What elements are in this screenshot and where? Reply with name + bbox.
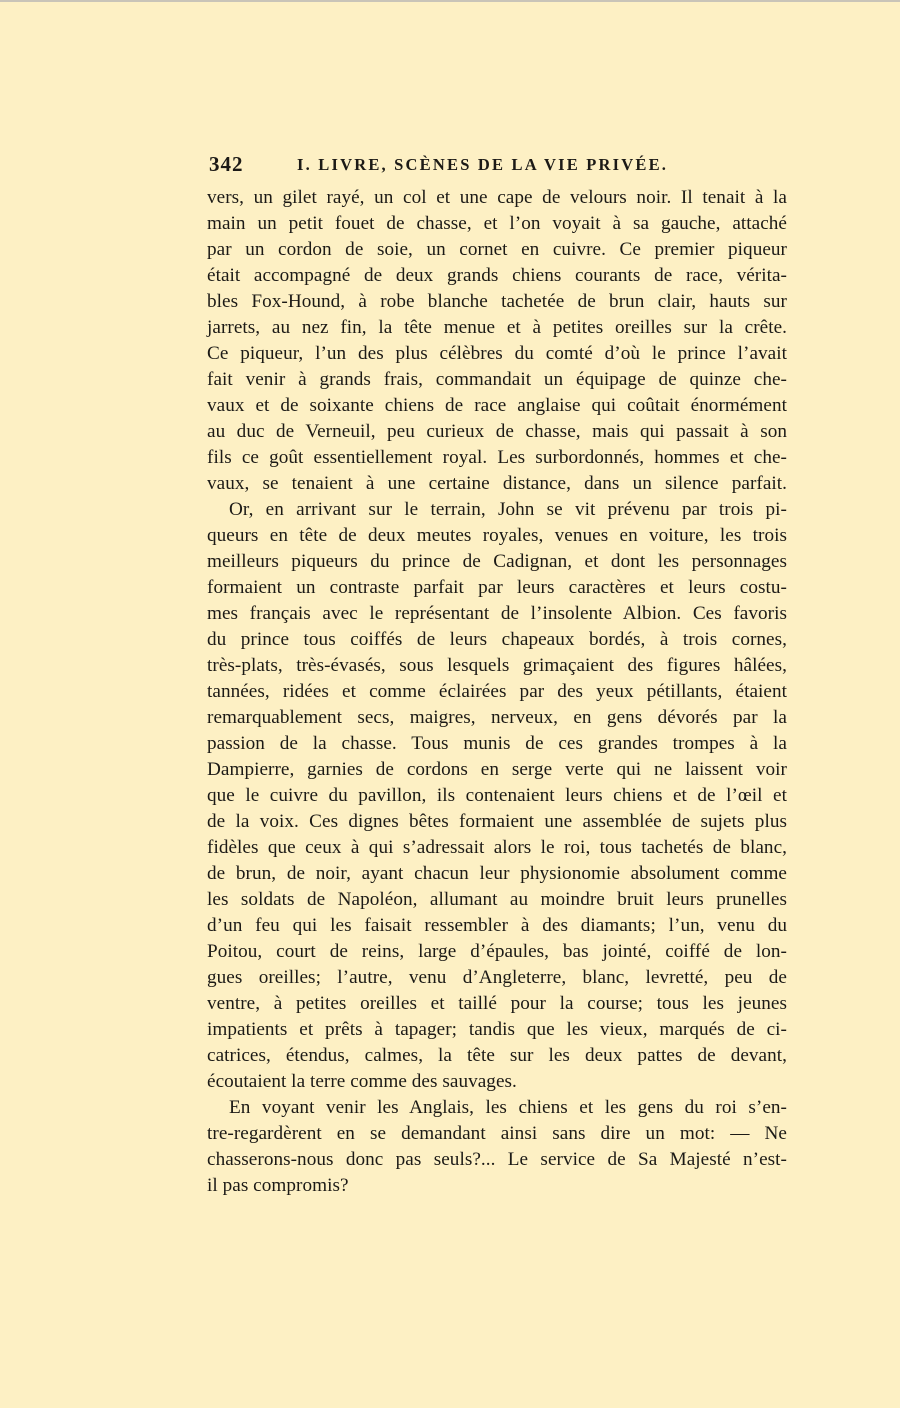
text-line: très-plats, très-évasés, sous lesquels g… xyxy=(207,653,787,679)
text-line: vers, un gilet rayé, un col et une cape … xyxy=(207,185,787,211)
text-line: fils ce goût essentiellement royal. Les … xyxy=(207,445,787,471)
text-line: mes français avec le représentant de l’i… xyxy=(207,601,787,627)
text-line: chasserons-nous donc pas seuls?... Le se… xyxy=(207,1147,787,1173)
text-line: main un petit fouet de chasse, et l’on v… xyxy=(207,211,787,237)
text-line: catrices, étendus, calmes, la tête sur l… xyxy=(207,1043,787,1069)
text-line: gues oreilles; l’autre, venu d’Angleterr… xyxy=(207,965,787,991)
body-text: vers, un gilet rayé, un col et une cape … xyxy=(207,185,787,1199)
running-head: 342 I. LIVRE, SCÈNES DE LA VIE PRIVÉE. xyxy=(207,152,787,180)
paragraph-3: En voyant venir les Anglais, les chiens … xyxy=(207,1095,787,1199)
paragraph-1: vers, un gilet rayé, un col et une cape … xyxy=(207,185,787,497)
paragraph-2: Or, en arrivant sur le terrain, John se … xyxy=(207,497,787,1095)
text-line: que le cuivre du pavillon, ils contenaie… xyxy=(207,783,787,809)
text-line: Poitou, court de reins, large d’épaules,… xyxy=(207,939,787,965)
text-line: passion de la chasse. Tous munis de ces … xyxy=(207,731,787,757)
page-number: 342 xyxy=(209,152,244,177)
text-line: jarrets, au nez fin, la tête menue et à … xyxy=(207,315,787,341)
text-line: il pas compromis? xyxy=(207,1173,787,1199)
book-page: 342 I. LIVRE, SCÈNES DE LA VIE PRIVÉE. v… xyxy=(0,0,900,1408)
text-line: vaux, se tenaient à une certaine distanc… xyxy=(207,471,787,497)
text-line: Dampierre, garnies de cordons en serge v… xyxy=(207,757,787,783)
text-line: du prince tous coiffés de leurs chapeaux… xyxy=(207,627,787,653)
text-line: par un cordon de soie, un cornet en cuiv… xyxy=(207,237,787,263)
text-line: de la voix. Ces dignes bêtes formaient u… xyxy=(207,809,787,835)
text-line: écoutaient la terre comme des sauvages. xyxy=(207,1069,787,1095)
text-line: fidèles que ceux à qui s’adressait alors… xyxy=(207,835,787,861)
text-line: au duc de Verneuil, peu curieux de chass… xyxy=(207,419,787,445)
text-line: formaient un contraste parfait par leurs… xyxy=(207,575,787,601)
text-line: d’un feu qui les faisait ressembler à de… xyxy=(207,913,787,939)
text-line: En voyant venir les Anglais, les chiens … xyxy=(207,1095,787,1121)
text-line: bles Fox-Hound, à robe blanche tachetée … xyxy=(207,289,787,315)
text-line: ventre, à petites oreilles et taillé pou… xyxy=(207,991,787,1017)
text-line: de brun, de noir, ayant chacun leur phys… xyxy=(207,861,787,887)
text-line: impatients et prêts à tapager; tandis qu… xyxy=(207,1017,787,1043)
running-title: I. LIVRE, SCÈNES DE LA VIE PRIVÉE. xyxy=(297,155,668,175)
text-line: remarquablement secs, maigres, nerveux, … xyxy=(207,705,787,731)
text-line: était accompagné de deux grands chiens c… xyxy=(207,263,787,289)
text-line: meilleurs piqueurs du prince de Cadignan… xyxy=(207,549,787,575)
text-line: les soldats de Napoléon, allumant au moi… xyxy=(207,887,787,913)
text-line: tannées, ridées et comme éclairées par d… xyxy=(207,679,787,705)
text-line: queurs en tête de deux meutes royales, v… xyxy=(207,523,787,549)
text-line: Or, en arrivant sur le terrain, John se … xyxy=(207,497,787,523)
text-line: Ce piqueur, l’un des plus célèbres du co… xyxy=(207,341,787,367)
text-line: tre-regardèrent en se demandant ainsi sa… xyxy=(207,1121,787,1147)
text-line: fait venir à grands frais, commandait un… xyxy=(207,367,787,393)
text-line: vaux et de soixante chiens de race angla… xyxy=(207,393,787,419)
